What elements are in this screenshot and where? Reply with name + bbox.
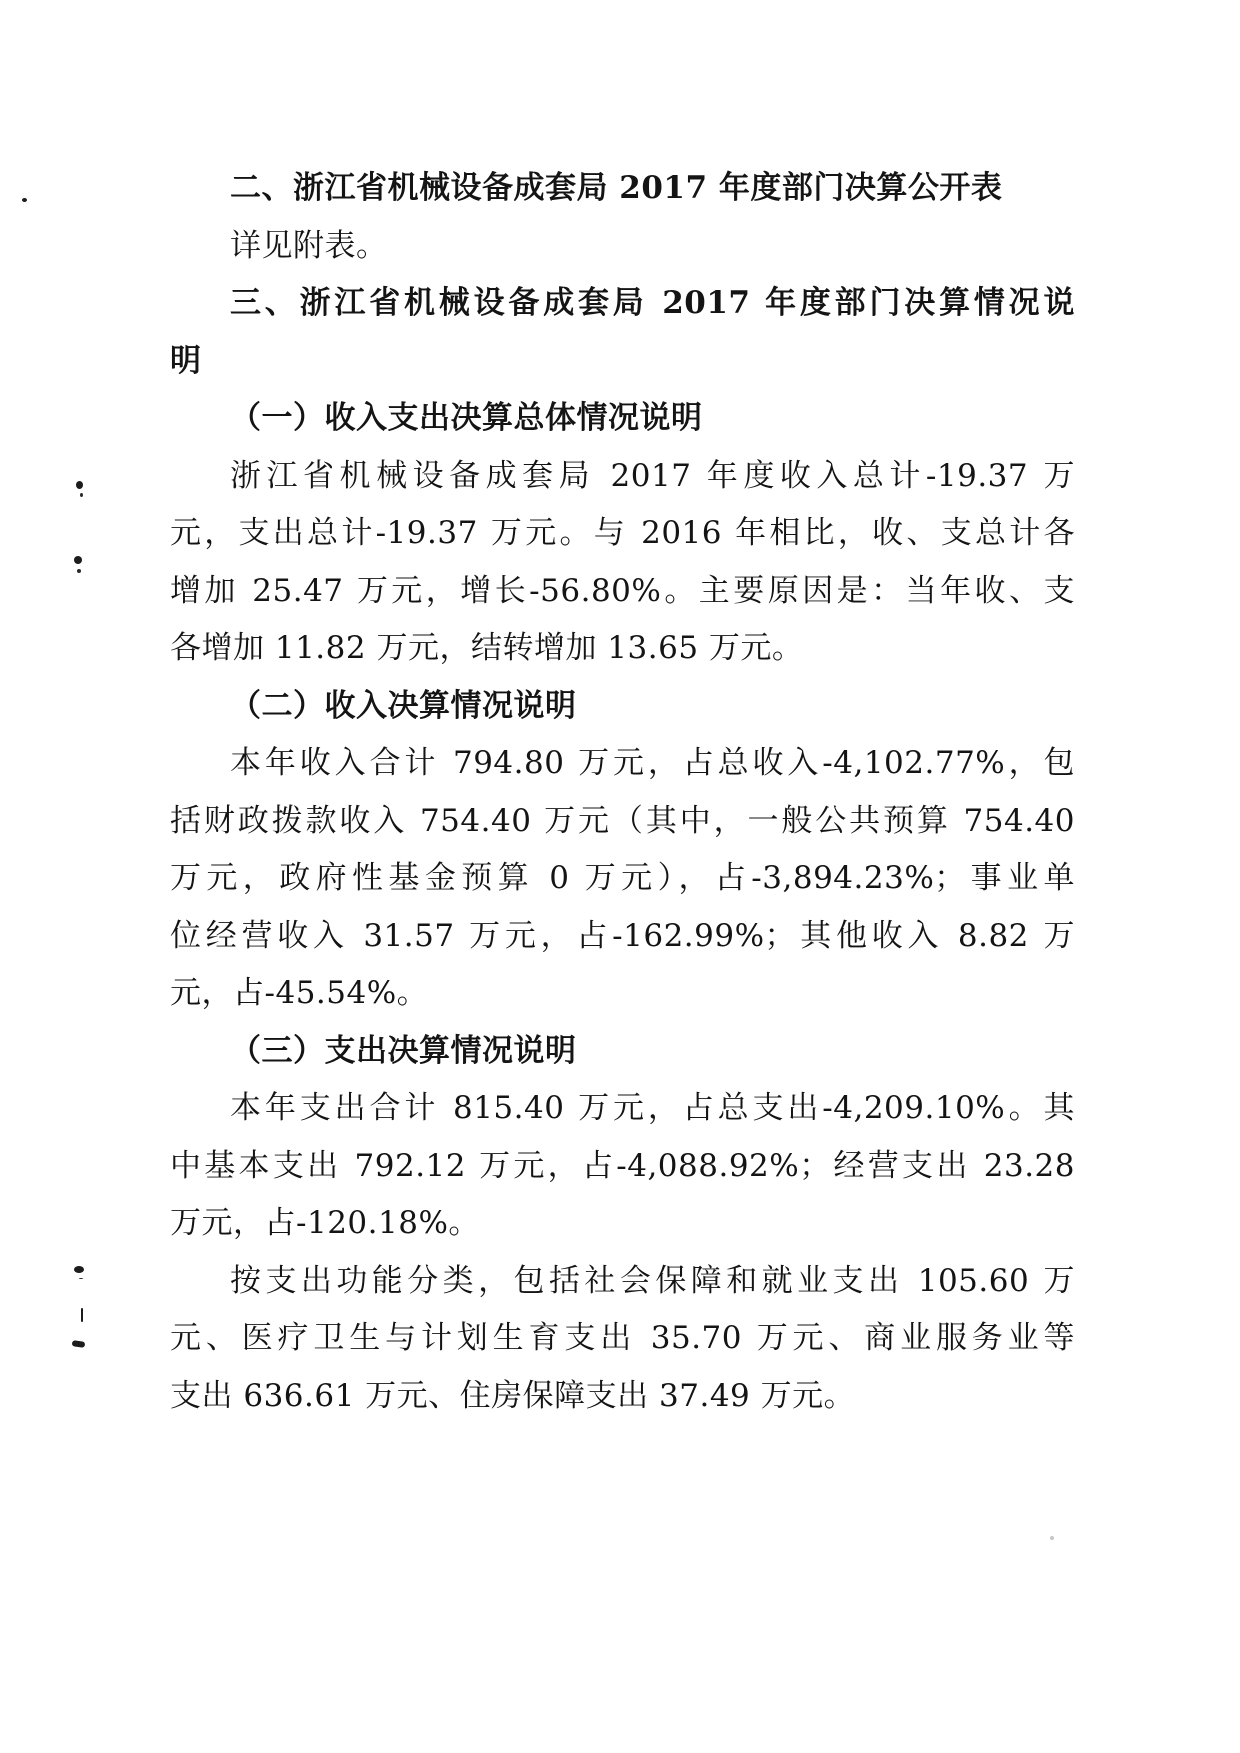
- para-function-class-line2: 元、医疗卫生与计划生育支出 35.70 万元、商业服务业等: [170, 1310, 1075, 1368]
- para-revenue-line2: 括财政拨款收入 754.40 万元（其中，一般公共预算 754.40: [170, 793, 1075, 851]
- para-revenue-line4: 位经营收入 31.57 万元，占-162.99%；其他收入 8.82 万: [170, 908, 1075, 966]
- para-revenue-line5: 元，占-45.54%。: [170, 965, 1075, 1023]
- subheading-one-overview: （一）收入支出决算总体情况说明: [170, 390, 1075, 448]
- para-function-class-line3: 支出 636.61 万元、住房保障支出 37.49 万元。: [170, 1368, 1075, 1426]
- para-overview-line2: 元，支出总计-19.37 万元。与 2016 年相比，收、支总计各: [170, 505, 1075, 563]
- scan-speck: [74, 1266, 84, 1273]
- scan-speck: [81, 1308, 83, 1322]
- body-see-attached-table: 详见附表。: [170, 218, 1075, 276]
- heading-section-two: 二、浙江省机械设备成套局 2017 年度部门决算公开表: [170, 160, 1075, 218]
- scan-speck: [74, 556, 82, 564]
- para-expenditure-line3: 万元，占-120.18%。: [170, 1195, 1075, 1253]
- document-text-block: 二、浙江省机械设备成套局 2017 年度部门决算公开表 详见附表。 三、浙江省机…: [170, 160, 1075, 1425]
- para-overview-line1: 浙江省机械设备成套局 2017 年度收入总计-19.37 万: [170, 448, 1075, 506]
- para-revenue-line1: 本年收入合计 794.80 万元，占总收入-4,102.77%，包: [170, 735, 1075, 793]
- para-revenue-line3: 万元，政府性基金预算 0 万元），占-3,894.23%；事业单: [170, 850, 1075, 908]
- para-expenditure-line1: 本年支出合计 815.40 万元，占总支出-4,209.10%。其: [170, 1080, 1075, 1138]
- para-overview-line3: 增加 25.47 万元，增长-56.80%。主要原因是：当年收、支: [170, 563, 1075, 621]
- para-function-class-line1: 按支出功能分类，包括社会保障和就业支出 105.60 万: [170, 1253, 1075, 1311]
- scan-speck: [76, 481, 83, 489]
- heading-section-three-line2: 明: [170, 333, 1075, 391]
- scan-speck: [72, 1340, 86, 1348]
- heading-section-three-line1: 三、浙江省机械设备成套局 2017 年度部门决算情况说: [170, 275, 1075, 333]
- subheading-two-revenue: （二）收入决算情况说明: [170, 678, 1075, 736]
- document-page: 二、浙江省机械设备成套局 2017 年度部门决算公开表 详见附表。 三、浙江省机…: [0, 0, 1240, 1753]
- para-expenditure-line2: 中基本支出 792.12 万元，占-4,088.92%；经营支出 23.28: [170, 1138, 1075, 1196]
- subheading-three-expenditure: （三）支出决算情况说明: [170, 1023, 1075, 1081]
- scan-speck: [1050, 1536, 1054, 1540]
- scan-speck: [22, 198, 27, 202]
- para-overview-line4: 各增加 11.82 万元，结转增加 13.65 万元。: [170, 620, 1075, 678]
